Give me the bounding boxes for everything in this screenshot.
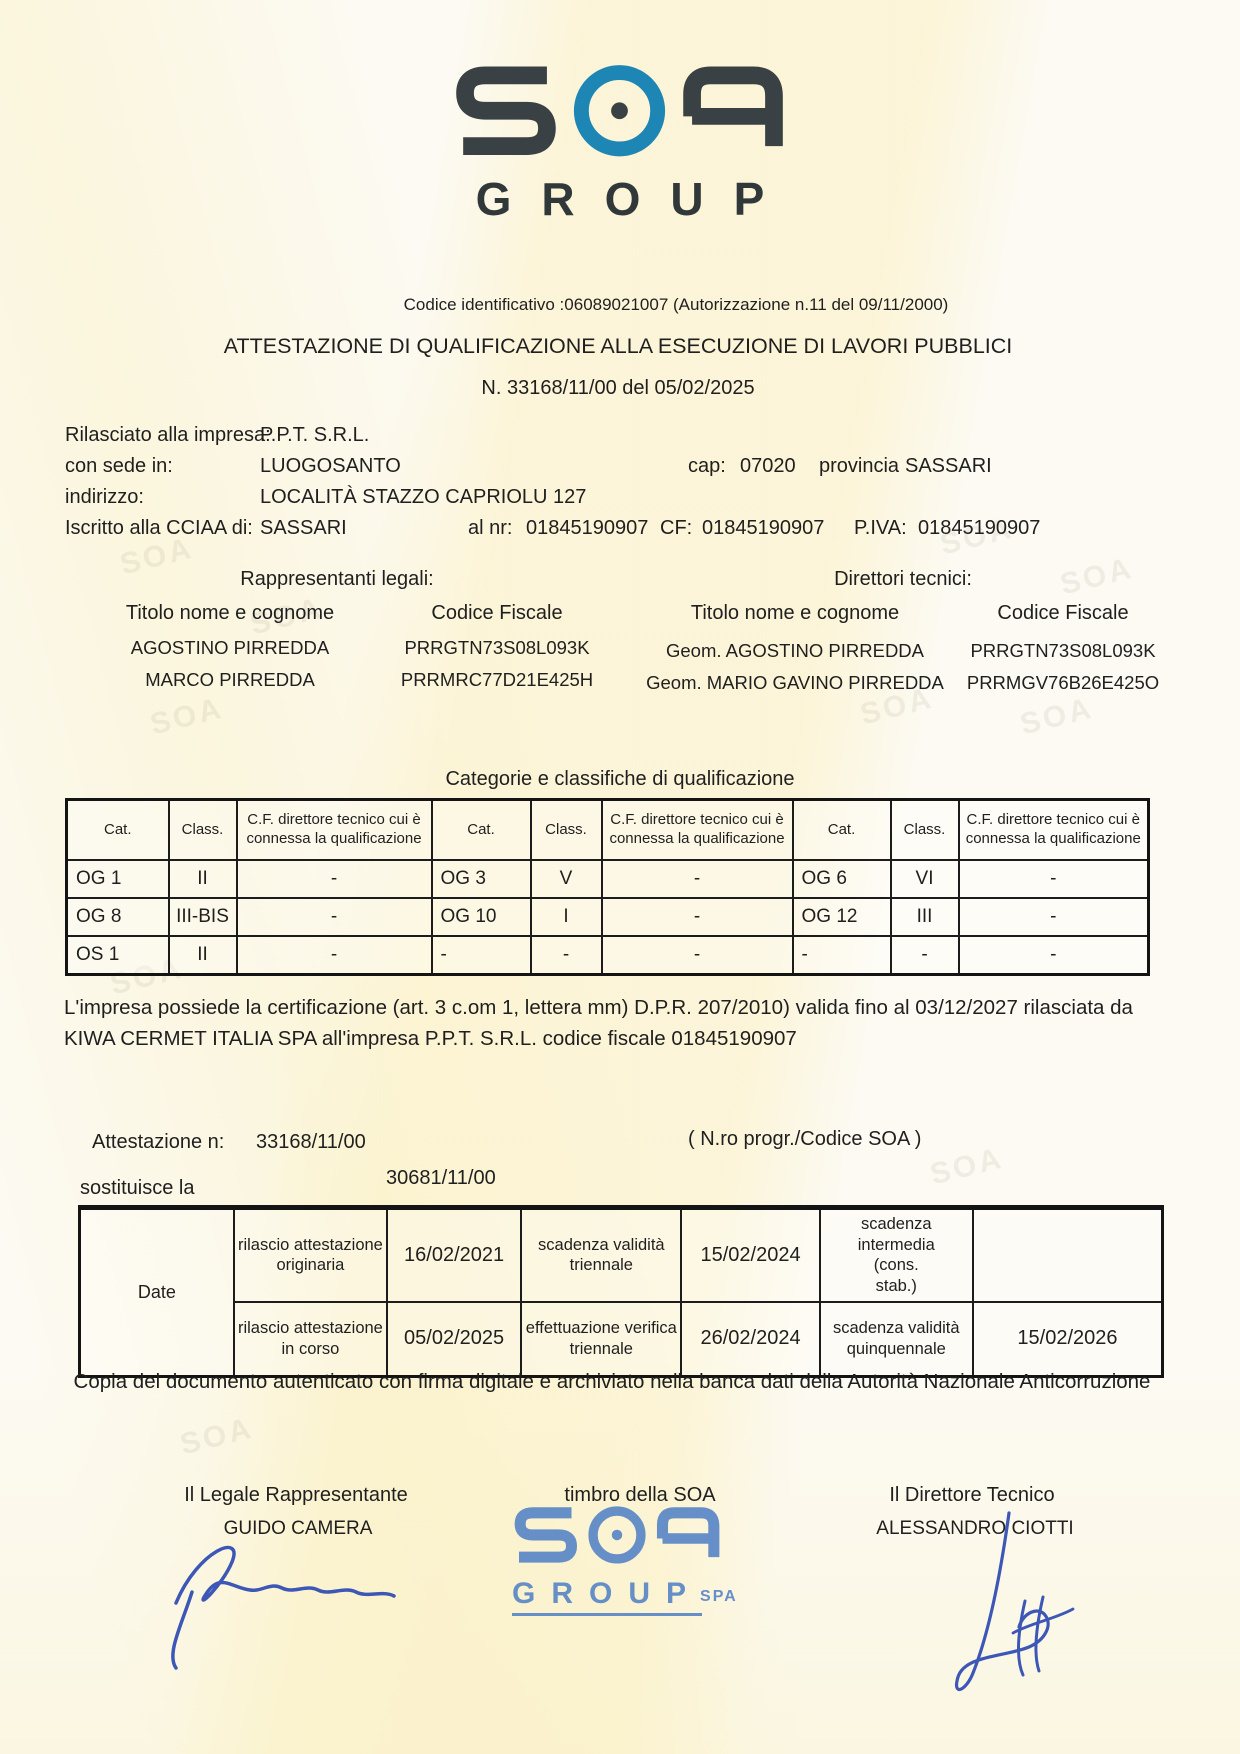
cat-cell: OG 1 <box>67 860 169 898</box>
rilasciato-label: Rilasciato alla impresa: <box>65 424 271 447</box>
sostituisce-number: 30681/11/00 <box>386 1167 496 1190</box>
sostituisce-label: sostituisce la <box>80 1177 195 1200</box>
legale-name: AGOSTINO PIRREDDA <box>131 637 329 659</box>
categories-header-row: Cat. Class. C.F. direttore tecnico cui è… <box>67 800 1149 861</box>
attestazione-label: Attestazione n: <box>92 1131 224 1154</box>
piva-label: P.IVA: <box>854 517 907 540</box>
piva-value: 01845190907 <box>918 517 1040 540</box>
certificate-page: SOA SOA SOA SOA SOA SOA SOA SOA SOA SOA … <box>0 0 1240 1754</box>
date-value-cell: 15/02/2024 <box>681 1208 819 1302</box>
cciaa-value: SASSARI <box>260 517 347 540</box>
date-value-cell: 16/02/2021 <box>387 1208 521 1302</box>
dates-row-header: Date <box>80 1208 234 1377</box>
tecnico-cf: PRRMGV76B26E425O <box>967 672 1159 694</box>
background-watermark: SOA <box>177 1412 257 1463</box>
rilasciato-value: P.P.T. S.R.L. <box>260 424 369 447</box>
legale-cf: PRRGTN73S08L093K <box>404 637 589 659</box>
logo-group-label: GROUP <box>476 173 795 225</box>
class-cell: - <box>891 936 959 975</box>
date-label-cell: effettuazione verifica triennale <box>521 1302 681 1377</box>
date-value-cell: 15/02/2026 <box>973 1302 1163 1377</box>
table-row: Date rilascio attestazione originaria 16… <box>80 1208 1163 1302</box>
cf-header: C.F. direttore tecnico cui è connessa la… <box>959 800 1149 861</box>
legal-signature <box>158 1528 438 1683</box>
categories-title: Categorie e classifiche di qualificazion… <box>445 768 794 791</box>
date-label-cell: rilascio attestazione originaria <box>234 1208 387 1302</box>
class-header: Class. <box>169 800 237 861</box>
background-watermark: SOA <box>1017 692 1097 743</box>
legali-cf-col-header: Codice Fiscale <box>431 602 562 625</box>
table-row: OG 8 III-BIS - OG 10 I - OG 12 III - <box>67 898 1149 936</box>
cat-cell: OS 1 <box>67 936 169 975</box>
attestazione-note: ( N.ro progr./Codice SOA ) <box>688 1128 921 1151</box>
tecnici-cf-col-header: Codice Fiscale <box>997 602 1128 625</box>
cf-cell: - <box>237 936 432 975</box>
cf-header: C.F. direttore tecnico cui è connessa la… <box>237 800 432 861</box>
table-row: OG 1 II - OG 3 V - OG 6 VI - <box>67 860 1149 898</box>
cat-cell: OG 8 <box>67 898 169 936</box>
cf-label: CF: <box>660 517 692 540</box>
cf-cell: - <box>959 860 1149 898</box>
logo-group-text: GROUP <box>0 172 1240 226</box>
cf-cell: - <box>602 898 793 936</box>
legali-name-col-header: Titolo nome e cognome <box>126 602 334 625</box>
cf-header: C.F. direttore tecnico cui è connessa la… <box>602 800 793 861</box>
cat-cell: OG 6 <box>793 860 891 898</box>
class-cell: II <box>169 860 237 898</box>
dates-table: Date rilascio attestazione originaria 16… <box>78 1205 1164 1378</box>
cf-cell: - <box>237 898 432 936</box>
technical-director-label: Il Direttore Tecnico <box>889 1484 1054 1507</box>
technical-signature-icon <box>905 1505 1085 1715</box>
legale-cf: PRRMRC77D21E425H <box>401 669 593 691</box>
cf-cell: - <box>602 936 793 975</box>
soa-stamp-icon <box>512 1502 722 1572</box>
soa-logo-icon <box>452 58 787 170</box>
date-label-cell: scadenza validità triennale <box>521 1208 681 1302</box>
date-value-cell <box>973 1208 1163 1302</box>
class-cell: III <box>891 898 959 936</box>
cat-cell: - <box>793 936 891 975</box>
cat-header: Cat. <box>432 800 531 861</box>
cf-cell: - <box>959 936 1149 975</box>
cat-cell: OG 12 <box>793 898 891 936</box>
class-cell: I <box>531 898 602 936</box>
stamp-spa-label: SPA <box>700 1588 738 1605</box>
class-header: Class. <box>531 800 602 861</box>
cf-value: 01845190907 <box>702 517 824 540</box>
certification-paragraph: L'impresa possiede la certificazione (ar… <box>64 993 1152 1055</box>
indirizzo-label: indirizzo: <box>65 486 144 509</box>
class-cell: V <box>531 860 602 898</box>
cap-value: 07020 <box>740 455 796 478</box>
stamp-group-line: GROUPSPA <box>512 1577 738 1611</box>
table-row: rilascio attestazione in corso 05/02/202… <box>80 1302 1163 1377</box>
cat-cell: - <box>432 936 531 975</box>
background-watermark: SOA <box>147 692 227 743</box>
class-cell: VI <box>891 860 959 898</box>
tecnici-title: Direttori tecnici: <box>834 568 972 591</box>
class-cell: II <box>169 936 237 975</box>
tecnico-cf: PRRGTN73S08L093K <box>970 640 1155 662</box>
cf-cell: - <box>959 898 1149 936</box>
cat-header: Cat. <box>793 800 891 861</box>
provincia-label: provincia <box>819 455 899 478</box>
cat-header: Cat. <box>67 800 169 861</box>
cap-label: cap: <box>688 455 726 478</box>
technical-signature <box>905 1505 1085 1720</box>
categories-table: Cat. Class. C.F. direttore tecnico cui è… <box>65 798 1150 976</box>
page-title: ATTESTAZIONE DI QUALIFICAZIONE ALLA ESEC… <box>224 334 1013 359</box>
logo-letter-o-dot <box>611 102 628 119</box>
sede-value: LUOGOSANTO <box>260 455 401 478</box>
stamp-group-label: GROUP <box>512 1577 702 1616</box>
legale-name: MARCO PIRREDDA <box>145 669 315 691</box>
class-header: Class. <box>891 800 959 861</box>
date-label-cell: scadenza validità quinquennale <box>820 1302 973 1377</box>
codice-identificativo-line: Codice identificativo :06089021007 (Auto… <box>404 295 949 315</box>
attestation-number-line: N. 33168/11/00 del 05/02/2025 <box>481 377 754 400</box>
sede-label: con sede in: <box>65 455 173 478</box>
indirizzo-value: LOCALITÀ STAZZO CAPRIOLU 127 <box>260 486 586 509</box>
date-label-cell: scadenza intermedia (cons. stab.) <box>820 1208 973 1302</box>
alnr-value: 01845190907 <box>526 517 648 540</box>
date-value-cell: 05/02/2025 <box>387 1302 521 1377</box>
cf-cell: - <box>602 860 793 898</box>
legal-signature-icon <box>158 1528 438 1678</box>
cciaa-label: Iscritto alla CCIAA di: <box>65 517 253 540</box>
background-watermark: SOA <box>927 1142 1007 1193</box>
logo-letter-s <box>463 75 547 146</box>
class-cell: - <box>531 936 602 975</box>
date-label-cell: rilascio attestazione in corso <box>234 1302 387 1377</box>
background-watermark: SOA <box>1057 552 1137 603</box>
legal-representative-label: Il Legale Rappresentante <box>184 1484 408 1507</box>
date-value-cell: 26/02/2024 <box>681 1302 819 1377</box>
alnr-label: al nr: <box>468 517 512 540</box>
cat-cell: OG 3 <box>432 860 531 898</box>
soa-stamp: GROUPSPA <box>512 1502 738 1611</box>
cf-cell: - <box>237 860 432 898</box>
tecnico-name: Geom. AGOSTINO PIRREDDA <box>666 640 924 662</box>
tecnici-name-col-header: Titolo nome e cognome <box>691 602 899 625</box>
legali-title: Rappresentanti legali: <box>240 568 433 591</box>
cat-cell: OG 10 <box>432 898 531 936</box>
soa-logo <box>452 58 787 175</box>
table-row: OS 1 II - - - - - - - <box>67 936 1149 975</box>
footer-note: Copia del documento autenticato con firm… <box>74 1370 1151 1394</box>
class-cell: III-BIS <box>169 898 237 936</box>
attestazione-number: 33168/11/00 <box>256 1131 366 1154</box>
tecnico-name: Geom. MARIO GAVINO PIRREDDA <box>646 672 944 694</box>
provincia-value: SASSARI <box>905 455 992 478</box>
